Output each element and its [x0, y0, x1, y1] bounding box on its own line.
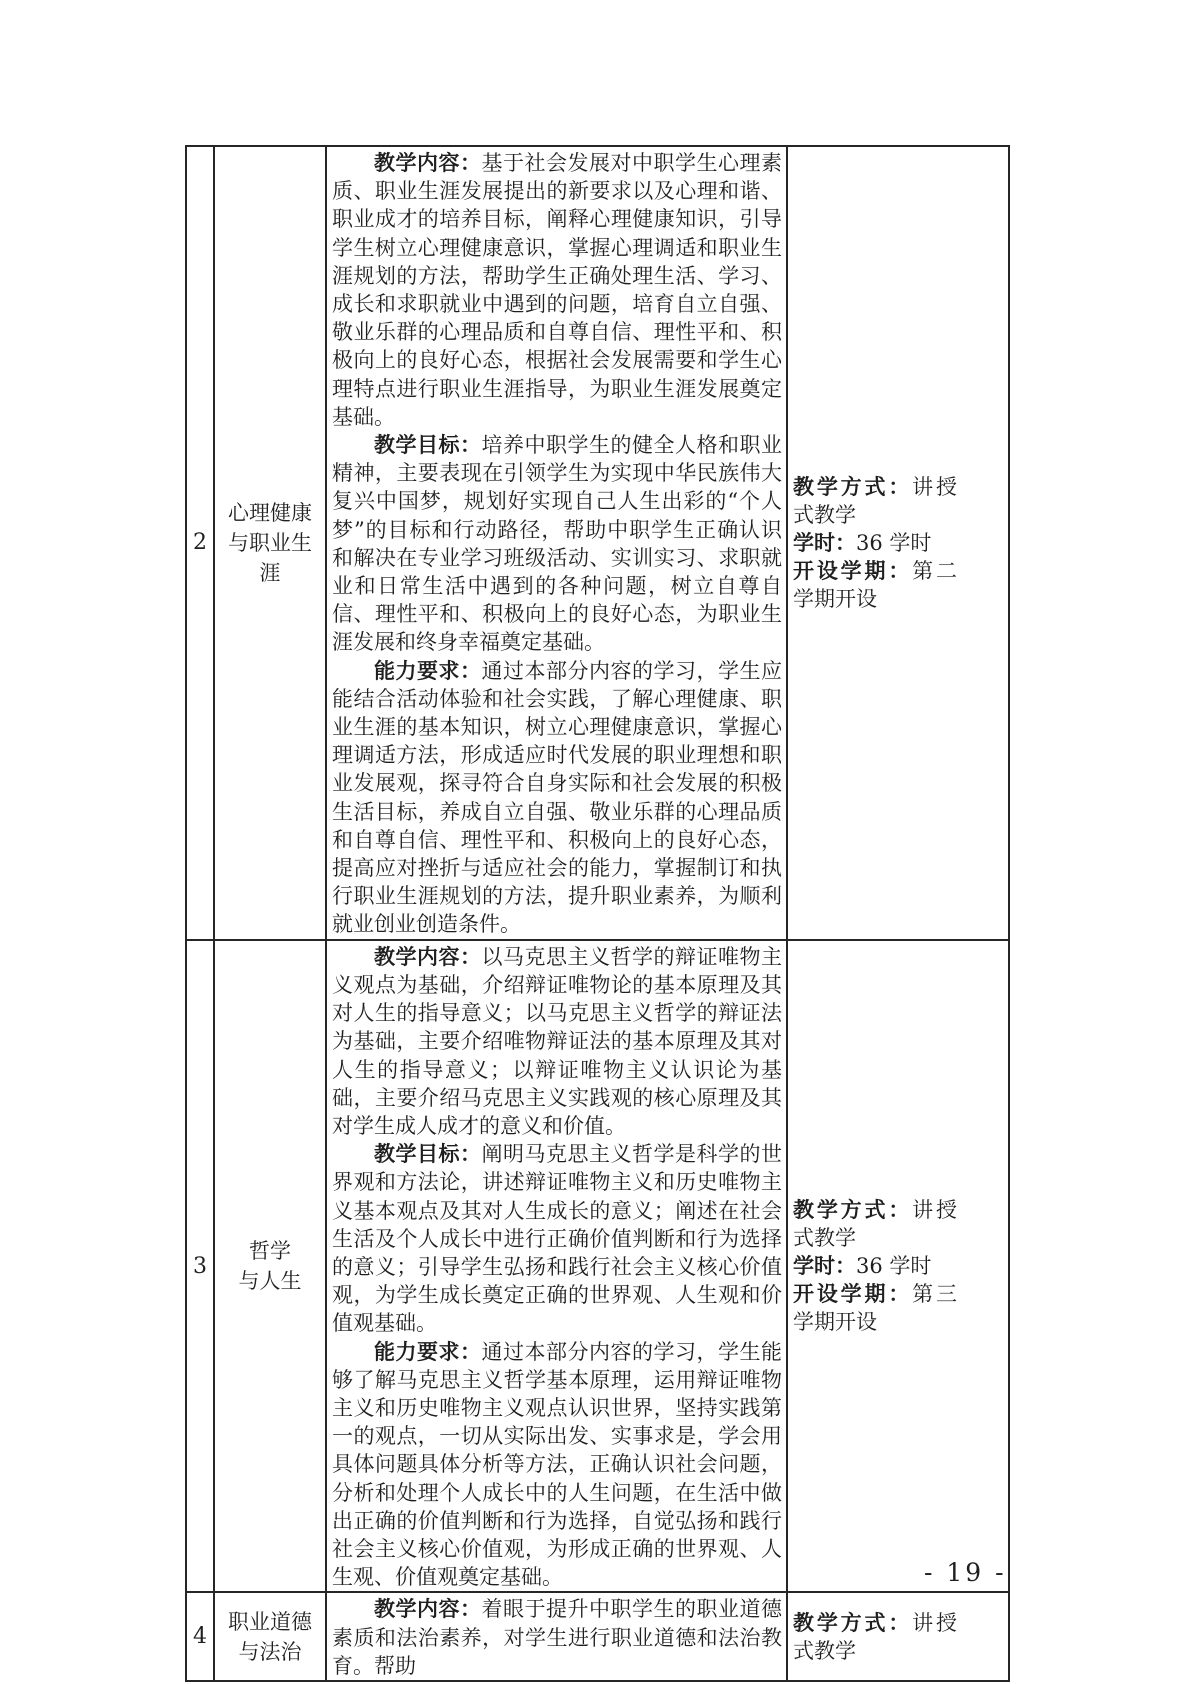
page-number: - 19 - — [924, 1558, 1007, 1587]
info-label: 教学方式： — [793, 475, 912, 499]
semester-line: 开设学期：第三学期开设 — [793, 1280, 957, 1336]
teaching-content-paragraph: 教学内容：基于社会发展对中职学生心理素质、职业生涯发展提出的新要求以及心理和谐、… — [332, 149, 782, 431]
info-label: 开设学期： — [793, 1282, 912, 1306]
paragraph-label: 教学目标： — [374, 433, 482, 457]
paragraph-label: 教学目标： — [374, 1142, 482, 1166]
row-number-cell: 2 — [186, 146, 214, 940]
row-number: 2 — [193, 530, 207, 555]
teaching-method-line: 教学方式：讲授式教学 — [793, 1196, 957, 1252]
course-name-line: 涯 — [217, 558, 323, 588]
table-row: 4 职业道德 与法治 教学内容：着眼于提升中职学生的职业道德素质和法治素养，对学… — [186, 1592, 1009, 1681]
course-name-line: 职业道德 — [217, 1607, 323, 1637]
row-number-cell: 3 — [186, 940, 214, 1593]
course-name-cell: 职业道德 与法治 — [214, 1592, 326, 1681]
info-text: 36 学时 — [856, 531, 931, 555]
course-info-cell: 教学方式：讲授式教学 学时：36 学时 开设学期：第二学期开设 — [787, 146, 1009, 940]
paragraph-text: 阐明马克思主义哲学是科学的世界观和方法论，讲述辩证唯物主义和历史唯物主义基本观点… — [332, 1142, 782, 1335]
curriculum-table: 2 心理健康 与职业生 涯 教学内容：基于社会发展对中职学生心理素质、职业生涯发… — [185, 145, 1010, 1682]
teaching-method-line: 教学方式：讲授式教学 — [793, 1609, 957, 1665]
class-hours-line: 学时：36 学时 — [793, 1252, 957, 1280]
course-info-block: 教学方式：讲授式教学 — [793, 1609, 957, 1665]
semester-line: 开设学期：第二学期开设 — [793, 557, 957, 613]
table-row: 3 哲学 与人生 教学内容：以马克思主义哲学的辩证唯物主义观点为基础，介绍辩证唯… — [186, 940, 1009, 1593]
teaching-method-line: 教学方式：讲授式教学 — [793, 473, 957, 529]
table-row: 2 心理健康 与职业生 涯 教学内容：基于社会发展对中职学生心理素质、职业生涯发… — [186, 146, 1009, 940]
teaching-content-paragraph: 教学内容：以马克思主义哲学的辩证唯物主义观点为基础，介绍辩证唯物论的基本原理及其… — [332, 943, 782, 1140]
course-name-cell: 哲学 与人生 — [214, 940, 326, 1593]
paragraph-text: 培养中职学生的健全人格和职业精神，主要表现在引领学生为实现中华民族伟大复兴中国梦… — [332, 433, 782, 654]
paragraph-text: 基于社会发展对中职学生心理素质、职业生涯发展提出的新要求以及心理和谐、职业成才的… — [332, 151, 782, 429]
ability-requirement-paragraph: 能力要求：通过本部分内容的学习，学生应能结合活动体验和社会实践，了解心理健康、职… — [332, 657, 782, 939]
info-label: 学时： — [793, 1254, 856, 1278]
course-name-line: 与法治 — [217, 1637, 323, 1667]
info-label: 开设学期： — [793, 559, 912, 583]
row-number: 4 — [193, 1624, 207, 1649]
class-hours-line: 学时：36 学时 — [793, 529, 957, 557]
info-text: 36 学时 — [856, 1254, 931, 1278]
paragraph-label: 教学内容： — [374, 151, 482, 175]
teaching-content-paragraph: 教学内容：着眼于提升中职学生的职业道德素质和法治素养，对学生进行职业道德和法治教… — [332, 1595, 782, 1680]
paragraph-text: 以马克思主义哲学的辩证唯物主义观点为基础，介绍辩证唯物论的基本原理及其对人生的指… — [332, 945, 782, 1138]
row-number: 3 — [193, 1254, 207, 1279]
course-content-cell: 教学内容：基于社会发展对中职学生心理素质、职业生涯发展提出的新要求以及心理和谐、… — [326, 146, 787, 940]
paragraph-label: 教学内容： — [374, 945, 482, 969]
paragraph-text: 通过本部分内容的学习，学生能够了解马克思主义哲学基本原理，运用辩证唯物主义和历史… — [332, 1340, 782, 1590]
info-label: 学时： — [793, 531, 856, 555]
course-info-cell: 教学方式：讲授式教学 学时：36 学时 开设学期：第三学期开设 — [787, 940, 1009, 1593]
paragraph-text: 通过本部分内容的学习，学生应能结合活动体验和社会实践，了解心理健康、职业生涯的基… — [332, 659, 782, 937]
info-label: 教学方式： — [793, 1611, 912, 1635]
course-info-block: 教学方式：讲授式教学 学时：36 学时 开设学期：第二学期开设 — [793, 473, 957, 613]
course-info-block: 教学方式：讲授式教学 学时：36 学时 开设学期：第三学期开设 — [793, 1196, 957, 1336]
teaching-goal-paragraph: 教学目标：培养中职学生的健全人格和职业精神，主要表现在引领学生为实现中华民族伟大… — [332, 431, 782, 657]
paragraph-label: 能力要求： — [374, 659, 482, 683]
ability-requirement-paragraph: 能力要求：通过本部分内容的学习，学生能够了解马克思主义哲学基本原理，运用辩证唯物… — [332, 1338, 782, 1592]
course-content-cell: 教学内容：以马克思主义哲学的辩证唯物主义观点为基础，介绍辩证唯物论的基本原理及其… — [326, 940, 787, 1593]
course-name-line: 心理健康 — [217, 498, 323, 528]
document-page: 2 心理健康 与职业生 涯 教学内容：基于社会发展对中职学生心理素质、职业生涯发… — [0, 0, 1191, 1684]
course-content-cell: 教学内容：着眼于提升中职学生的职业道德素质和法治素养，对学生进行职业道德和法治教… — [326, 1592, 787, 1681]
course-name-line: 与人生 — [217, 1266, 323, 1296]
paragraph-label: 能力要求： — [374, 1340, 482, 1364]
course-name-line: 哲学 — [217, 1236, 323, 1266]
paragraph-label: 教学内容： — [374, 1597, 482, 1621]
course-info-cell: 教学方式：讲授式教学 — [787, 1592, 1009, 1681]
info-label: 教学方式： — [793, 1198, 912, 1222]
teaching-goal-paragraph: 教学目标：阐明马克思主义哲学是科学的世界观和方法论，讲述辩证唯物主义和历史唯物主… — [332, 1140, 782, 1337]
course-name-line: 与职业生 — [217, 528, 323, 558]
course-name-cell: 心理健康 与职业生 涯 — [214, 146, 326, 940]
row-number-cell: 4 — [186, 1592, 214, 1681]
